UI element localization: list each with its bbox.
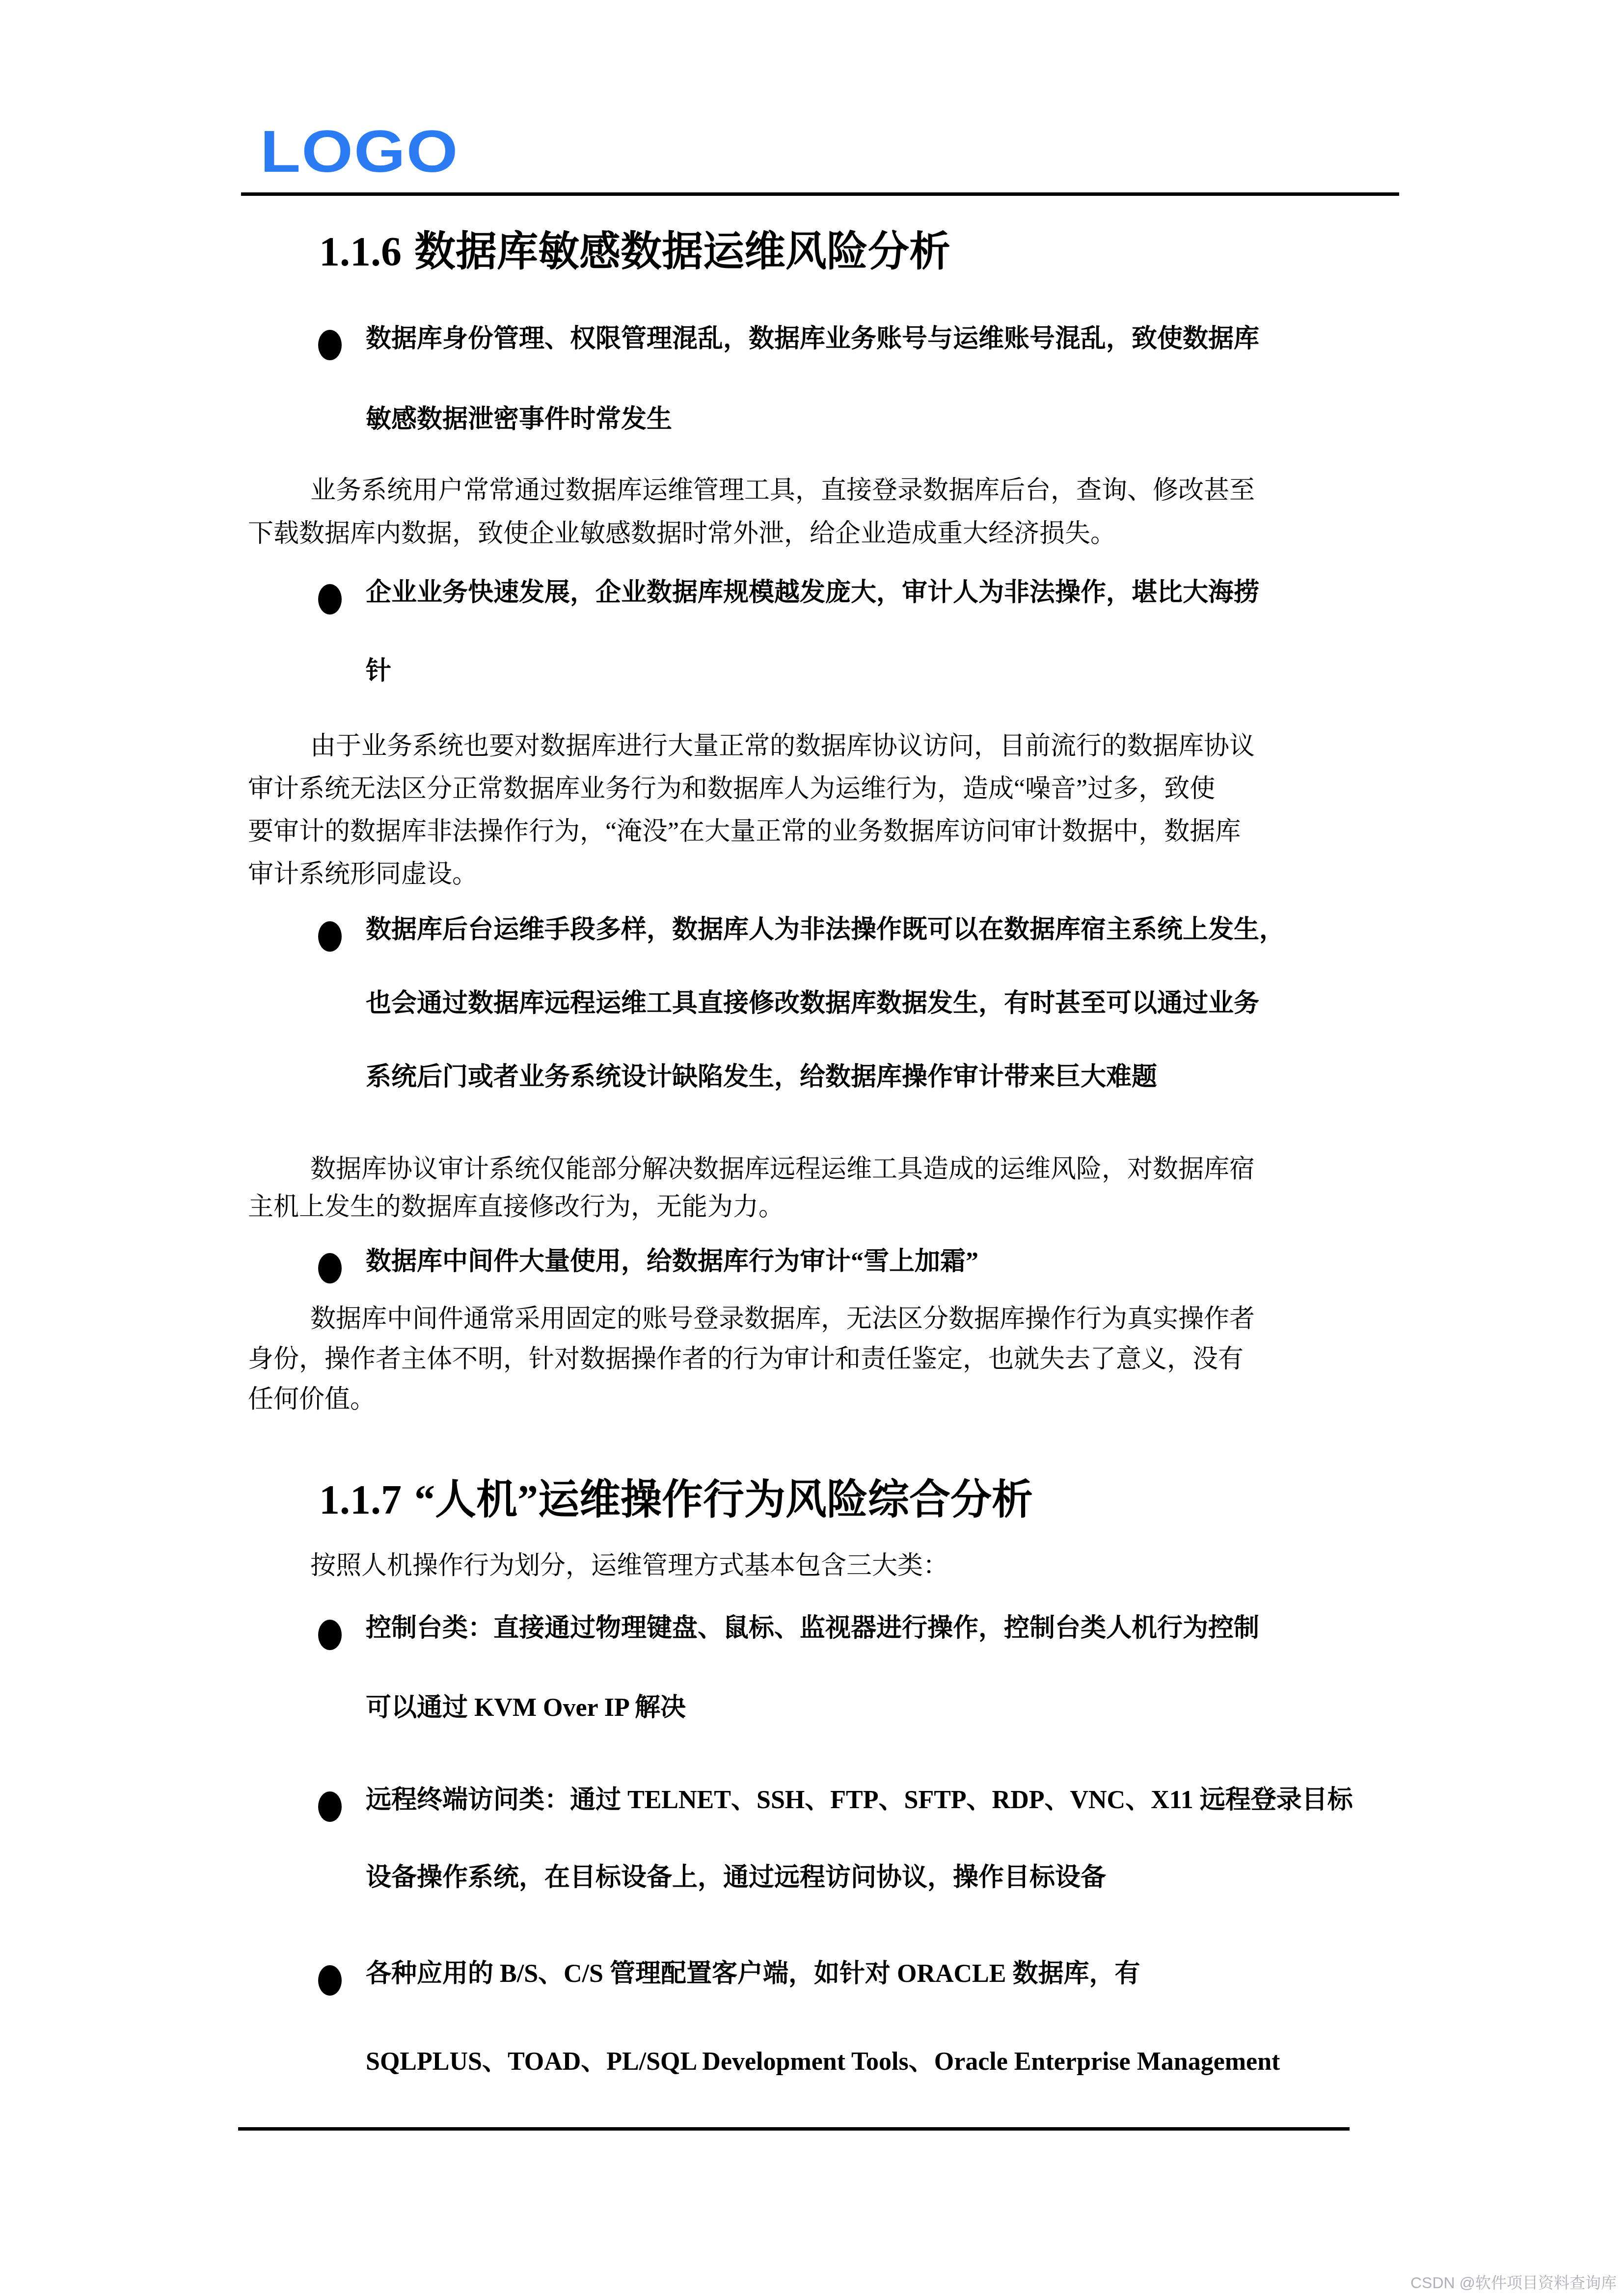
- bullet-item-line: 也会通过数据库远程运维工具直接修改数据库数据发生，有时甚至可以通过业务: [366, 990, 1259, 1017]
- bullet-item-line: 控制台类：直接通过物理键盘、鼠标、监视器进行操作，控制台类人机行为控制: [366, 1615, 1259, 1642]
- header-rule: [241, 192, 1399, 196]
- section-heading-117: 1.1.7“人机”运维操作行为风险综合分析: [319, 1479, 1033, 1522]
- bullet-item-line: SQLPLUS、TOAD、PL/SQL Development Tools、Or…: [366, 2048, 1280, 2076]
- heading-number: 1.1.7: [319, 1477, 402, 1523]
- bullet-item-line: 设备操作系统，在目标设备上，通过远程访问协议，操作目标设备: [366, 1864, 1106, 1892]
- paragraph-line: 主机上发生的数据库直接修改行为，无能为力。: [248, 1194, 784, 1221]
- bullet-item-line: 可以通过 KVM Over IP 解决: [366, 1694, 686, 1722]
- bullet-icon: [318, 1620, 342, 1650]
- bullet-icon: [318, 330, 342, 360]
- paragraph-line: 审计系统无法区分正常数据库业务行为和数据库人为运维行为，造成“噪音”过多，致使: [248, 775, 1215, 803]
- paragraph-line: 身份，操作者主体不明，针对数据操作者的行为审计和责任鉴定，也就失去了意义，没有: [248, 1346, 1244, 1373]
- paragraph-line: 任何价值。: [248, 1386, 376, 1414]
- bullet-item-line: 数据库中间件大量使用，给数据库行为审计“雪上加霜”: [366, 1248, 978, 1276]
- paragraph-line: 要审计的数据库非法操作行为，“淹没”在大量正常的业务数据库访问审计数据中，数据库: [248, 818, 1241, 846]
- bullet-item-line: 针: [366, 658, 391, 685]
- section-heading-116: 1.1.6数据库敏感数据运维风险分析: [319, 231, 950, 274]
- company-logo: LOGO: [260, 122, 459, 181]
- bullet-item-line: 各种应用的 B/S、C/S 管理配置客户端，如针对 ORACLE 数据库，有: [366, 1960, 1140, 1988]
- bullet-item-line: 远程终端访问类：通过 TELNET、SSH、FTP、SFTP、RDP、VNC、X…: [366, 1787, 1353, 1814]
- paragraph-line: 下载数据库内数据，致使企业敏感数据时常外泄，给企业造成重大经济损失。: [248, 520, 1116, 548]
- paragraph-line: 按照人机操作行为划分，运维管理方式基本包含三大类：: [310, 1552, 948, 1580]
- paragraph-line: 由于业务系统也要对数据库进行大量正常的数据库协议访问，目前流行的数据库协议: [310, 733, 1255, 760]
- bullet-icon: [318, 584, 342, 614]
- paragraph-line: 业务系统用户常常通过数据库运维管理工具，直接登录数据库后台，查询、修改甚至: [310, 477, 1255, 505]
- bullet-item-line: 系统后门或者业务系统设计缺陷发生，给数据库操作审计带来巨大难题: [366, 1064, 1157, 1091]
- bullet-item-line: 企业业务快速发展，企业数据库规模越发庞大，审计人为非法操作，堪比大海捞: [366, 579, 1259, 607]
- bullet-icon: [318, 1965, 342, 1996]
- heading-number: 1.1.6: [319, 229, 402, 275]
- footer-rule: [238, 2127, 1350, 2131]
- heading-title: 数据库敏感数据运维风险分析: [414, 229, 950, 275]
- paragraph-line: 数据库中间件通常采用固定的账号登录数据库，无法区分数据库操作行为真实操作者: [310, 1306, 1255, 1333]
- heading-title: “人机”运维操作行为风险综合分析: [414, 1477, 1033, 1523]
- bullet-item-line: 数据库身份管理、权限管理混乱，数据库业务账号与运维账号混乱，致使数据库: [366, 325, 1259, 353]
- paragraph-line: 数据库协议审计系统仅能部分解决数据库远程运维工具造成的运维风险，对数据库宿: [310, 1156, 1255, 1183]
- document-page: LOGO 1.1.6数据库敏感数据运维风险分析 数据库身份管理、权限管理混乱，数…: [0, 0, 1624, 2296]
- bullet-icon: [318, 921, 342, 952]
- bullet-item-line: 敏感数据泄密事件时常发生: [366, 406, 672, 433]
- bullet-icon: [318, 1253, 342, 1283]
- bullet-item-line: 数据库后台运维手段多样，数据库人为非法操作既可以在数据库宿主系统上发生，: [366, 916, 1285, 944]
- bullet-icon: [318, 1791, 342, 1822]
- watermark: CSDN @软件项目资料查询库: [1410, 2270, 1617, 2293]
- paragraph-line: 审计系统形同虚设。: [248, 861, 478, 888]
